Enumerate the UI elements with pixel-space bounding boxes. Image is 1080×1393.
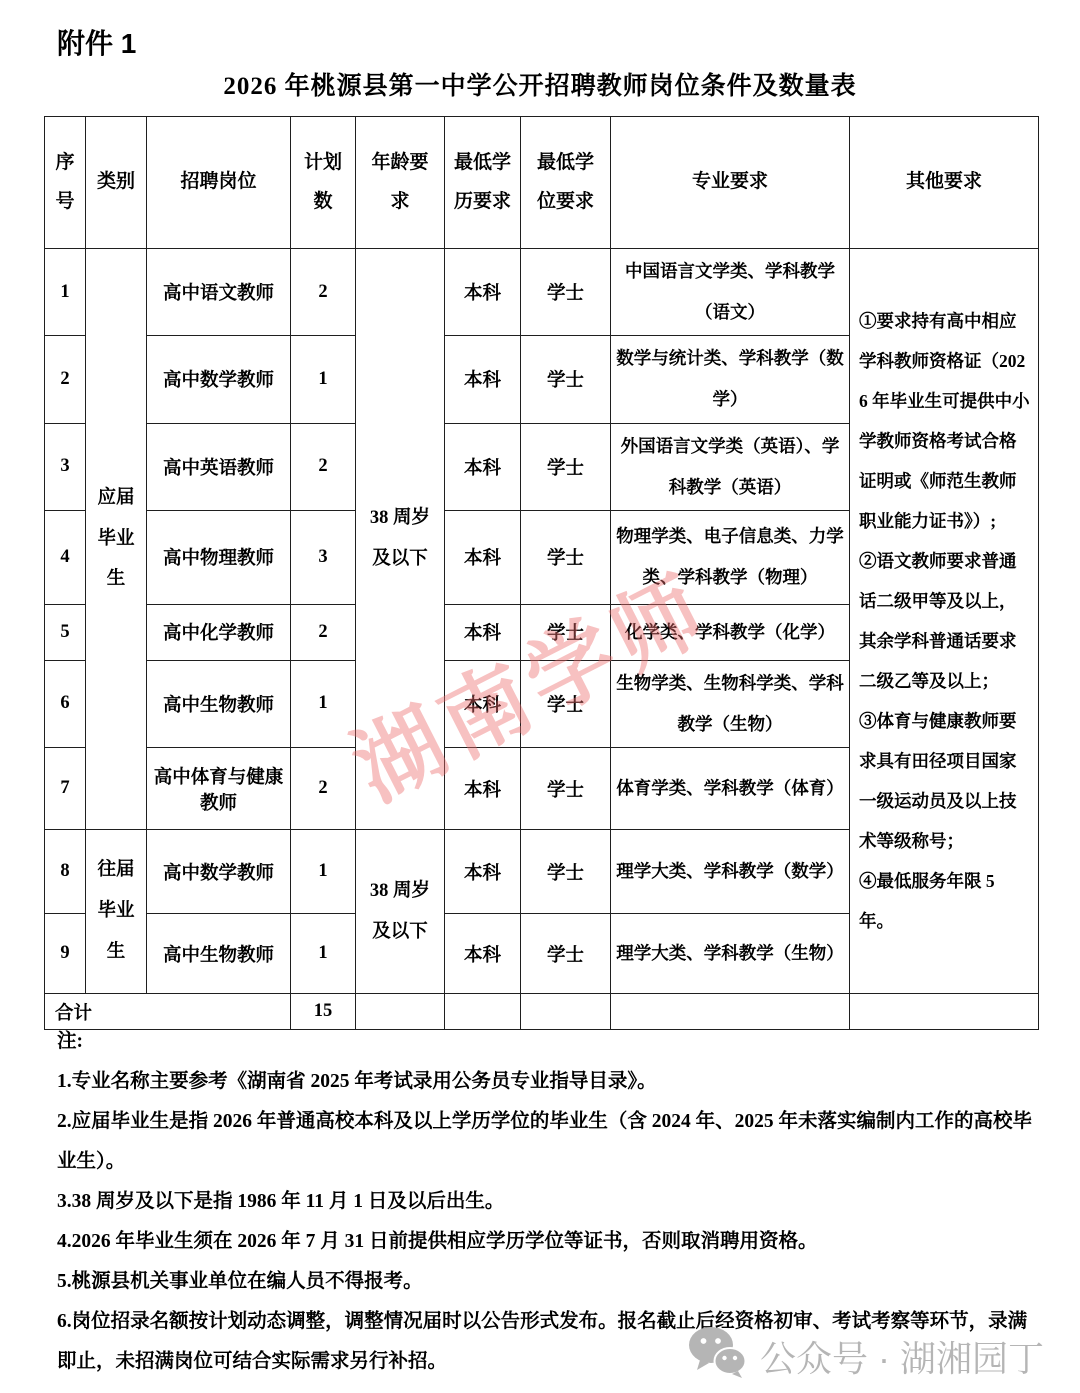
- cell-post: 高中体育与健康教师: [147, 748, 291, 830]
- col-header-age: 年龄要求: [356, 117, 445, 249]
- cell-count: 1: [291, 336, 356, 423]
- cell-seq: 3: [45, 423, 86, 510]
- cell-post: 高中数学教师: [147, 336, 291, 423]
- cell-education: 本科: [445, 510, 521, 604]
- cell-post: 高中语文教师: [147, 249, 291, 336]
- wechat-icon: [688, 1326, 746, 1387]
- cell-count: 1: [291, 914, 356, 994]
- cell-post: 高中物理教师: [147, 510, 291, 604]
- note-item: 1.专业名称主要参考《湖南省 2025 年考试录用公务员专业指导目录》。: [57, 1062, 1045, 1102]
- cell-post: 高中数学教师: [147, 830, 291, 914]
- cell-seq: 7: [45, 748, 86, 830]
- attachment-label: 附件 1: [57, 22, 136, 62]
- cell-count: 3: [291, 510, 356, 604]
- cell-age-requirement: 38 周岁及以下: [356, 249, 445, 830]
- col-header-degree: 最低学位要求: [521, 117, 611, 249]
- other-requirement-item: ③体育与健康教师要求具有田径项目国家一级运动员及以上技术等级称号；: [859, 701, 1031, 861]
- col-header-seq: 序号: [45, 117, 86, 249]
- cell-degree: 学士: [521, 423, 611, 510]
- cell-major: 外国语言文学类（英语）、学科教学（英语）: [611, 423, 850, 510]
- cell-seq: 9: [45, 914, 86, 994]
- cell-education: 本科: [445, 423, 521, 510]
- col-header-education: 最低学历要求: [445, 117, 521, 249]
- note-item: 3.38 周岁及以下是指 1986 年 11 月 1 日及以后出生。: [57, 1182, 1045, 1222]
- cell-degree: 学士: [521, 604, 611, 660]
- col-header-post: 招聘岗位: [147, 117, 291, 249]
- cell-education: 本科: [445, 336, 521, 423]
- cell-degree: 学士: [521, 249, 611, 336]
- other-requirement-item: ②语文教师要求普通话二级甲等及以上，其余学科普通话要求二级乙等及以上；: [859, 541, 1031, 701]
- cell-count: 2: [291, 249, 356, 336]
- cell-degree: 学士: [521, 510, 611, 604]
- cell-major: 理学大类、学科教学（数学）: [611, 830, 850, 914]
- note-item: 5.桃源县机关事业单位在编人员不得报考。: [57, 1262, 1045, 1302]
- col-header-other: 其他要求: [850, 117, 1039, 249]
- cell-education: 本科: [445, 660, 521, 747]
- cell-education: 本科: [445, 830, 521, 914]
- cell-education: 本科: [445, 604, 521, 660]
- cell-major: 理学大类、学科教学（生物）: [611, 914, 850, 994]
- footer-watermark: 公众号 · 湖湘园丁: [688, 1326, 1044, 1387]
- cell-seq: 8: [45, 830, 86, 914]
- notes-label: 注:: [57, 1022, 1045, 1062]
- footer-watermark-text: 公众号 · 湖湘园丁: [760, 1331, 1044, 1382]
- cell-major: 体育学类、学科教学（体育）: [611, 748, 850, 830]
- cell-degree: 学士: [521, 914, 611, 994]
- cell-education: 本科: [445, 748, 521, 830]
- cell-major: 化学类、学科教学（化学）: [611, 604, 850, 660]
- cell-post: 高中化学教师: [147, 604, 291, 660]
- col-header-count: 计划数: [291, 117, 356, 249]
- cell-post: 高中生物教师: [147, 914, 291, 994]
- page-title: 2026 年桃源县第一中学公开招聘教师岗位条件及数量表: [0, 66, 1080, 102]
- cell-count: 1: [291, 660, 356, 747]
- col-header-category: 类别: [86, 117, 147, 249]
- cell-seq: 6: [45, 660, 86, 747]
- cell-degree: 学士: [521, 336, 611, 423]
- cell-degree: 学士: [521, 830, 611, 914]
- cell-degree: 学士: [521, 660, 611, 747]
- other-requirement-item: ①要求持有高中相应学科教师资格证（2026 年毕业生可提供中小学教师资格考试合格…: [859, 301, 1031, 541]
- cell-education: 本科: [445, 914, 521, 994]
- cell-age-requirement: 38 周岁及以下: [356, 830, 445, 994]
- cell-major: 物理学类、电子信息类、力学类、学科教学（物理）: [611, 510, 850, 604]
- cell-seq: 1: [45, 249, 86, 336]
- cell-education: 本科: [445, 249, 521, 336]
- note-item: 4.2026 年毕业生须在 2026 年 7 月 31 日前提供相应学历学位等证…: [57, 1222, 1045, 1262]
- cell-post: 高中生物教师: [147, 660, 291, 747]
- table-row: 1 应届毕业生 高中语文教师 2 38 周岁及以下 本科 学士 中国语言文学类、…: [45, 249, 1039, 336]
- cell-count: 2: [291, 748, 356, 830]
- cell-count: 1: [291, 830, 356, 914]
- cell-seq: 4: [45, 510, 86, 604]
- cell-other-requirements: ①要求持有高中相应学科教师资格证（2026 年毕业生可提供中小学教师资格考试合格…: [850, 249, 1039, 994]
- recruitment-table: 序号 类别 招聘岗位 计划数 年龄要求 最低学历要求 最低学位要求 专业要求 其…: [44, 116, 1039, 1030]
- cell-seq: 5: [45, 604, 86, 660]
- cell-degree: 学士: [521, 748, 611, 830]
- cell-major: 中国语言文学类、学科教学（语文）: [611, 249, 850, 336]
- col-header-major: 专业要求: [611, 117, 850, 249]
- cell-seq: 2: [45, 336, 86, 423]
- cell-major: 生物学类、生物科学类、学科教学（生物）: [611, 660, 850, 747]
- cell-category-fresh-graduates: 应届毕业生: [86, 249, 147, 830]
- cell-major: 数学与统计类、学科教学（数学）: [611, 336, 850, 423]
- cell-count: 2: [291, 423, 356, 510]
- cell-category-previous-graduates: 往届毕业生: [86, 830, 147, 994]
- cell-count: 2: [291, 604, 356, 660]
- table-header-row: 序号 类别 招聘岗位 计划数 年龄要求 最低学历要求 最低学位要求 专业要求 其…: [45, 117, 1039, 249]
- note-item: 2.应届毕业生是指 2026 年普通高校本科及以上学历学位的毕业生（含 2024…: [57, 1102, 1045, 1182]
- cell-post: 高中英语教师: [147, 423, 291, 510]
- other-requirement-item: ④最低服务年限 5 年。: [859, 861, 1031, 941]
